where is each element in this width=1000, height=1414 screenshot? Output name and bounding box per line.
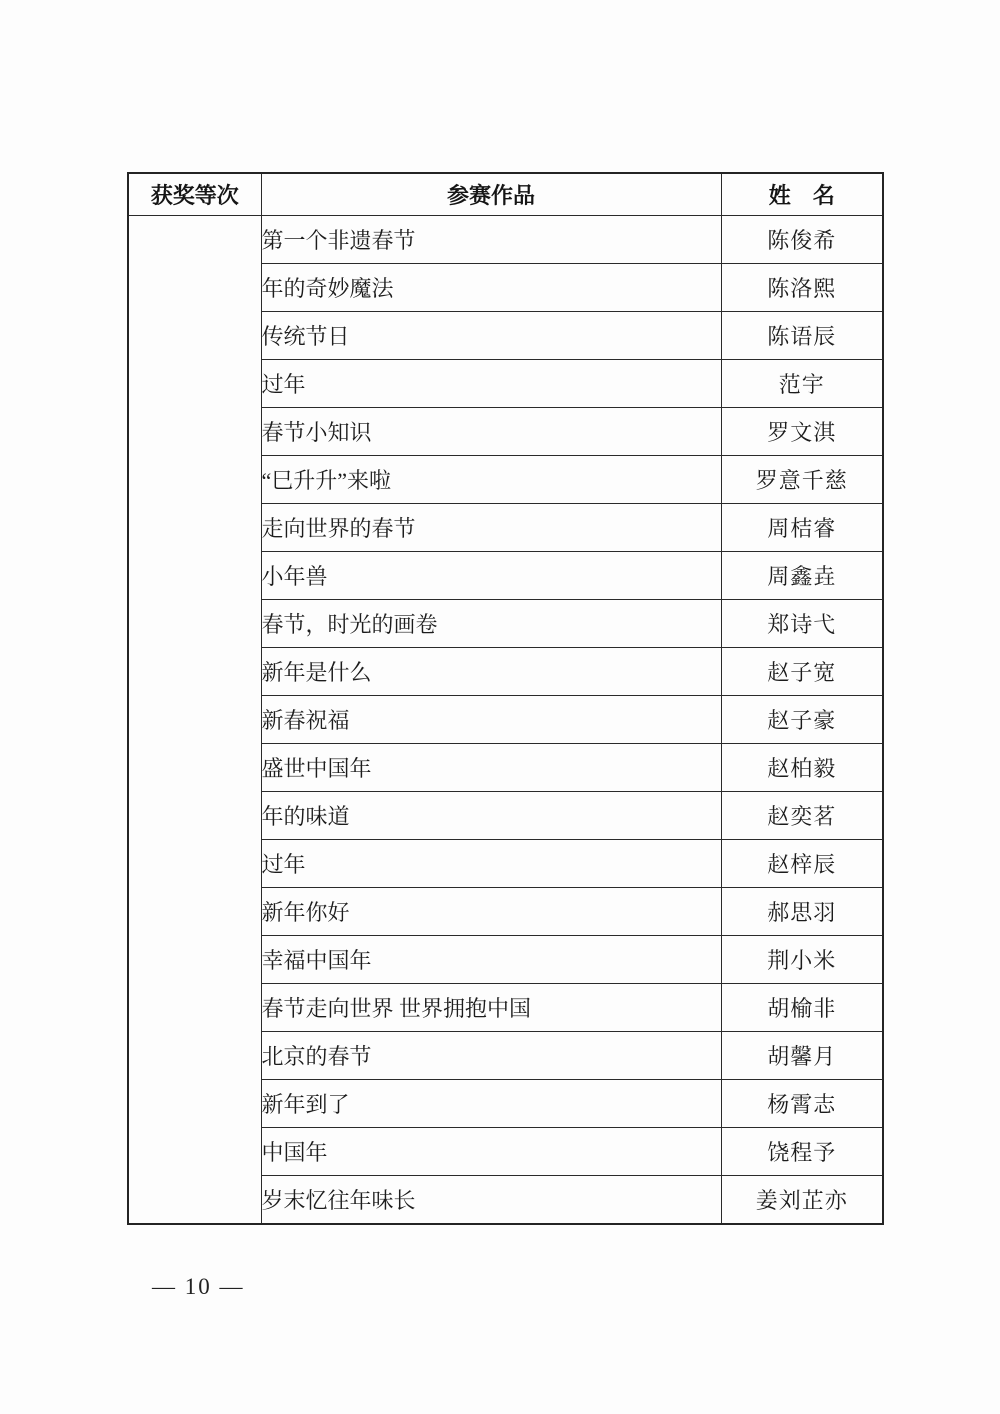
entry-title-cell: 新春祝福	[261, 696, 721, 744]
name-cell: 陈洛熙	[721, 264, 883, 312]
entry-title-cell: 春节，时光的画卷	[261, 600, 721, 648]
entry-title-cell: 新年是什么	[261, 648, 721, 696]
document-page: 获奖等次 参赛作品 姓 名 第一个非遗春节陈俊希年的奇妙魔法陈洛熙传统节日陈语辰…	[0, 0, 1000, 1414]
name-cell: 姜刘芷亦	[721, 1176, 883, 1225]
entry-title-cell: 第一个非遗春节	[261, 216, 721, 264]
entry-title-cell: 小年兽	[261, 552, 721, 600]
table-row: 第一个非遗春节陈俊希	[128, 216, 883, 264]
entry-title-cell: 中国年	[261, 1128, 721, 1176]
name-cell: 赵子宽	[721, 648, 883, 696]
entry-title-cell: 春节走向世界 世界拥抱中国	[261, 984, 721, 1032]
award-level-cell	[128, 216, 261, 1225]
entry-title-cell: 过年	[261, 360, 721, 408]
name-cell: 郑诗弋	[721, 600, 883, 648]
entry-title-cell: 新年到了	[261, 1080, 721, 1128]
name-cell: 杨霄志	[721, 1080, 883, 1128]
entry-title-cell: 北京的春节	[261, 1032, 721, 1080]
entry-title-cell: 传统节日	[261, 312, 721, 360]
name-cell: 范宇	[721, 360, 883, 408]
entry-title-cell: 幸福中国年	[261, 936, 721, 984]
col-header-award-level: 获奖等次	[128, 173, 261, 216]
name-cell: 胡榆非	[721, 984, 883, 1032]
entry-title-cell: 年的奇妙魔法	[261, 264, 721, 312]
name-cell: 陈俊希	[721, 216, 883, 264]
awards-table: 获奖等次 参赛作品 姓 名 第一个非遗春节陈俊希年的奇妙魔法陈洛熙传统节日陈语辰…	[127, 172, 884, 1225]
name-cell: 罗文淇	[721, 408, 883, 456]
name-cell: 饶程予	[721, 1128, 883, 1176]
name-cell: 陈语辰	[721, 312, 883, 360]
name-cell: 赵柏毅	[721, 744, 883, 792]
name-cell: 荆小米	[721, 936, 883, 984]
entry-title-cell: 盛世中国年	[261, 744, 721, 792]
name-cell: 郝思羽	[721, 888, 883, 936]
col-header-entry-title: 参赛作品	[261, 173, 721, 216]
col-header-name: 姓 名	[721, 173, 883, 216]
entry-title-cell: 春节小知识	[261, 408, 721, 456]
name-cell: 赵子豪	[721, 696, 883, 744]
entry-title-cell: 走向世界的春节	[261, 504, 721, 552]
name-cell: 赵梓辰	[721, 840, 883, 888]
entry-title-cell: 岁末忆往年味长	[261, 1176, 721, 1225]
name-cell: 罗意千慈	[721, 456, 883, 504]
name-cell: 周桔睿	[721, 504, 883, 552]
entry-title-cell: 新年你好	[261, 888, 721, 936]
entry-title-cell: 过年	[261, 840, 721, 888]
table-header-row: 获奖等次 参赛作品 姓 名	[128, 173, 883, 216]
entry-title-cell: 年的味道	[261, 792, 721, 840]
name-cell: 胡馨月	[721, 1032, 883, 1080]
name-cell: 赵奕茗	[721, 792, 883, 840]
page-number: — 10 —	[152, 1274, 245, 1300]
name-cell: 周鑫垚	[721, 552, 883, 600]
entry-title-cell: “巳升升”来啦	[261, 456, 721, 504]
